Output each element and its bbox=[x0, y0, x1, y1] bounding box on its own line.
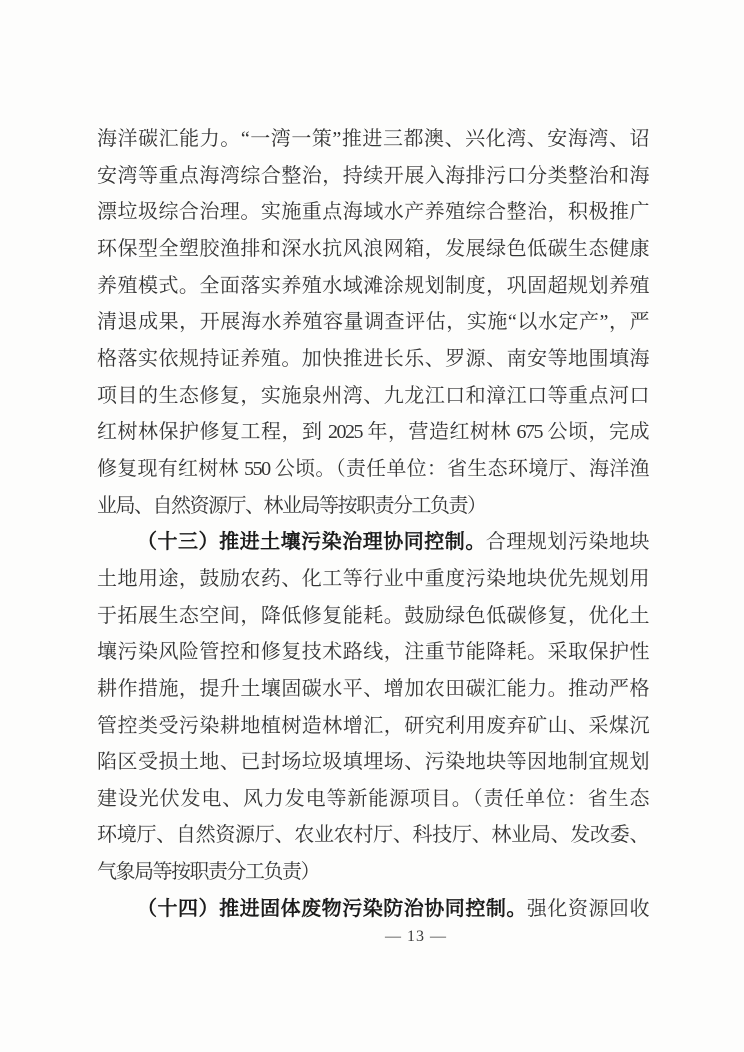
document-line: 管控类受污染耕地植树造林增汇，研究利用废弃矿山、采煤沉 bbox=[97, 708, 648, 745]
body-text: 气象局等按职责分工负责） bbox=[97, 861, 319, 883]
body-text: 红树林保护修复工程，到 2025 年，营造红树林 675 公顷，完成 bbox=[97, 421, 648, 443]
body-text: 安湾等重点海湾综合整治，持续开展入海排污口分类整治和海 bbox=[97, 165, 648, 187]
document-line: 耕作措施，提升土壤固碳水平、增加农田碳汇能力。推动严格 bbox=[97, 671, 648, 708]
document-line: 环保型全塑胶渔排和深水抗风浪网箱，发展绿色低碳生态健康 bbox=[97, 231, 648, 268]
body-text: 陷区受损土地、已封场垃圾填埋场、污染地块等因地制宜规划 bbox=[97, 751, 648, 773]
body-text: 耕作措施，提升土壤固碳水平、增加农田碳汇能力。推动严格 bbox=[97, 678, 648, 700]
document-line: 格落实依规持证养殖。加快推进长乐、罗源、南安等地围填海 bbox=[97, 341, 648, 378]
body-text: 养殖模式。全面落实养殖水域滩涂规划制度，巩固超规划养殖 bbox=[97, 275, 648, 297]
body-text: 业局、自然资源厅、林业局等按职责分工负责） bbox=[97, 495, 486, 517]
document-line: 修复现有红树林 550 公顷。（责任单位：省生态环境厅、海洋渔 bbox=[97, 451, 648, 488]
body-text: 壤污染风险管控和修复技术路线，注重节能降耗。采取保护性 bbox=[97, 641, 648, 663]
document-line: 气象局等按职责分工负责） bbox=[97, 854, 648, 891]
body-text: 合理规划污染地块 bbox=[486, 531, 648, 553]
body-text: 环保型全塑胶渔排和深水抗风浪网箱，发展绿色低碳生态健康 bbox=[97, 238, 648, 260]
body-text: 于拓展生态空间，降低修复能耗。鼓励绿色低碳修复，优化土 bbox=[97, 605, 648, 627]
document-line: 陷区受损土地、已封场垃圾填埋场、污染地块等因地制宜规划 bbox=[97, 744, 648, 781]
body-text: 漂垃圾综合治理。实施重点海域水产养殖综合整治，积极推广 bbox=[97, 201, 648, 223]
document-line: 环境厅、自然资源厅、农业农村厅、科技厅、林业局、发改委、 bbox=[97, 817, 648, 854]
document-line: 漂垃圾综合治理。实施重点海域水产养殖综合整治，积极推广 bbox=[97, 194, 648, 231]
body-text: 建设光伏发电、风力发电等新能源项目。（责任单位：省生态 bbox=[97, 788, 648, 810]
document-line: 项目的生态修复，实施泉州湾、九龙江口和漳江口等重点河口 bbox=[97, 378, 648, 415]
document-line-heading: （十四）推进固体废物污染防治协同控制。强化资源回收 bbox=[97, 891, 648, 928]
document-line: 业局、自然资源厅、林业局等按职责分工负责） bbox=[97, 488, 648, 525]
body-text: 土地用途，鼓励农药、化工等行业中重度污染地块优先规划用 bbox=[97, 568, 648, 590]
body-text: 项目的生态修复，实施泉州湾、九龙江口和漳江口等重点河口 bbox=[97, 385, 648, 407]
document-line: 清退成果，开展海水养殖容量调查评估，实施“以水定产”，严 bbox=[97, 304, 648, 341]
section-heading-text: （十三）推进土壤污染治理协同控制。 bbox=[137, 531, 486, 553]
body-text: 管控类受污染耕地植树造林增汇，研究利用废弃矿山、采煤沉 bbox=[97, 715, 648, 737]
document-line: 养殖模式。全面落实养殖水域滩涂规划制度，巩固超规划养殖 bbox=[97, 268, 648, 305]
body-text: 强化资源回收 bbox=[527, 898, 648, 920]
document-line: 海洋碳汇能力。“一湾一策”推进三都澳、兴化湾、安海湾、诏 bbox=[97, 121, 648, 158]
document-line: 红树林保护修复工程，到 2025 年，营造红树林 675 公顷，完成 bbox=[97, 414, 648, 451]
body-text: 海洋碳汇能力。“一湾一策”推进三都澳、兴化湾、安海湾、诏 bbox=[97, 128, 648, 150]
document-body: 海洋碳汇能力。“一湾一策”推进三都澳、兴化湾、安海湾、诏安湾等重点海湾综合整治，… bbox=[97, 121, 648, 927]
document-line: 建设光伏发电、风力发电等新能源项目。（责任单位：省生态 bbox=[97, 781, 648, 818]
body-text: 清退成果，开展海水养殖容量调查评估，实施“以水定产”，严 bbox=[97, 311, 648, 333]
body-text: 修复现有红树林 550 公顷。（责任单位：省生态环境厅、海洋渔 bbox=[97, 458, 648, 480]
document-line: 安湾等重点海湾综合整治，持续开展入海排污口分类整治和海 bbox=[97, 158, 648, 195]
body-text: 格落实依规持证养殖。加快推进长乐、罗源、南安等地围填海 bbox=[97, 348, 648, 370]
document-line: 于拓展生态空间，降低修复能耗。鼓励绿色低碳修复，优化土 bbox=[97, 598, 648, 635]
document-page: 海洋碳汇能力。“一湾一策”推进三都澳、兴化湾、安海湾、诏安湾等重点海湾综合整治，… bbox=[0, 0, 744, 1052]
page-number: — 13 — bbox=[0, 928, 744, 946]
document-line-heading: （十三）推进土壤污染治理协同控制。合理规划污染地块 bbox=[97, 524, 648, 561]
body-text: 环境厅、自然资源厅、农业农村厅、科技厅、林业局、发改委、 bbox=[97, 824, 648, 846]
document-line: 土地用途，鼓励农药、化工等行业中重度污染地块优先规划用 bbox=[97, 561, 648, 598]
document-line: 壤污染风险管控和修复技术路线，注重节能降耗。采取保护性 bbox=[97, 634, 648, 671]
section-heading-text: （十四）推进固体废物污染防治协同控制。 bbox=[137, 898, 527, 920]
